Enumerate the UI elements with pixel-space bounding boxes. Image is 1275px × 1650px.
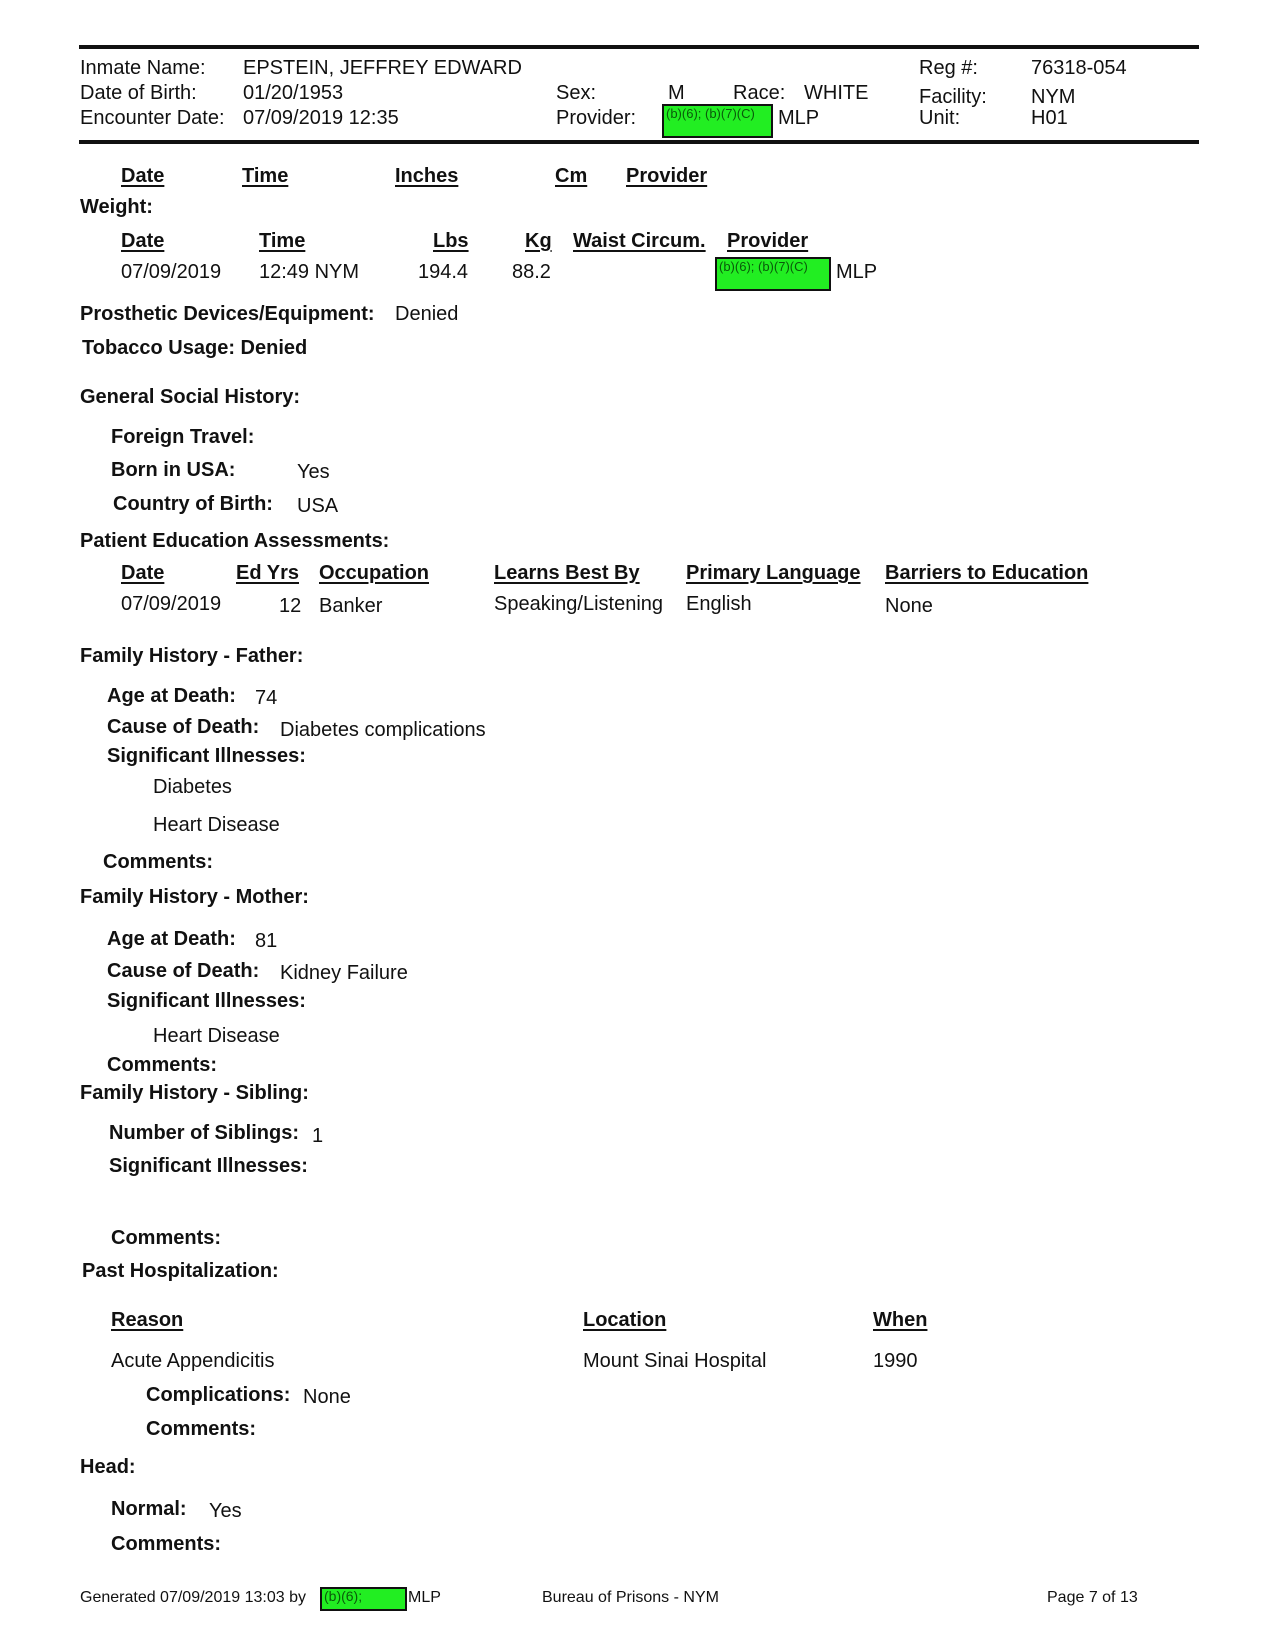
father-comments-label: Comments: <box>103 852 213 872</box>
father-cause-label: Cause of Death: <box>107 717 259 737</box>
mother-age-label: Age at Death: <box>107 929 236 949</box>
dob-label: Date of Birth: <box>80 83 197 103</box>
edu-language: English <box>686 594 752 614</box>
provider-redaction: (b)(6); (b)(7)(C) <box>662 104 773 138</box>
facility-value: NYM <box>1031 87 1075 107</box>
hosp-when: 1990 <box>873 1351 918 1371</box>
sibling-title: Family History - Sibling: <box>80 1083 309 1103</box>
edu-edyrs: 12 <box>279 596 301 616</box>
hosp-col-reason: Reason <box>111 1310 183 1330</box>
father-title: Family History - Father: <box>80 646 303 666</box>
reg-label: Reg #: <box>919 58 978 78</box>
weight-col-kg: Kg <box>525 231 552 251</box>
mother-illness: Heart Disease <box>153 1026 280 1046</box>
hosp-reason: Acute Appendicitis <box>111 1351 274 1371</box>
facility-label: Facility: <box>919 87 987 107</box>
footer-redaction: (b)(6); <box>320 1587 407 1611</box>
edu-barriers: None <box>885 596 933 616</box>
edu-occupation: Banker <box>319 596 382 616</box>
page-number: Page 7 of 13 <box>1047 1590 1138 1606</box>
encounter-date: 07/09/2019 12:35 <box>243 108 399 128</box>
provider-suffix: MLP <box>778 108 819 128</box>
mother-comments-label: Comments: <box>107 1055 217 1075</box>
hospitalization-title: Past Hospitalization: <box>82 1261 279 1281</box>
encounter-date-label: Encounter Date: <box>80 108 225 128</box>
weight-col-waist: Waist Circum. <box>573 231 706 251</box>
edu-col-edyrs: Ed Yrs <box>236 563 299 583</box>
tobacco-usage: Tobacco Usage: Denied <box>82 338 307 358</box>
weight-col-lbs: Lbs <box>433 231 469 251</box>
father-age: 74 <box>255 688 277 708</box>
inmate-name: EPSTEIN, JEFFREY EDWARD <box>243 58 522 78</box>
weight-date: 07/09/2019 <box>121 262 221 282</box>
head-comments-label: Comments: <box>111 1534 221 1554</box>
edu-col-date: Date <box>121 563 164 583</box>
height-col-date: Date <box>121 166 164 186</box>
edu-col-occupation: Occupation <box>319 563 429 583</box>
weight-col-date: Date <box>121 231 164 251</box>
unit-label: Unit: <box>919 108 960 128</box>
sibling-count: 1 <box>312 1126 323 1146</box>
father-illness: Heart Disease <box>153 815 280 835</box>
sex-value: M <box>668 83 685 103</box>
sibling-comments-label: Comments: <box>111 1228 221 1248</box>
footer-center: Bureau of Prisons - NYM <box>542 1590 719 1606</box>
height-col-provider: Provider <box>626 166 707 186</box>
head-title: Head: <box>80 1457 136 1477</box>
weight-time: 12:49 NYM <box>259 262 359 282</box>
weight-title: Weight: <box>80 197 153 217</box>
sex-label: Sex: <box>556 83 596 103</box>
father-illness: Diabetes <box>153 777 232 797</box>
weight-provider-redaction: (b)(6); (b)(7)(C) <box>715 257 831 291</box>
sibling-illnesses-label: Significant Illnesses: <box>109 1156 308 1176</box>
edu-date: 07/09/2019 <box>121 594 221 614</box>
father-cause: Diabetes complications <box>280 720 486 740</box>
header-bottom-rule <box>79 140 1199 144</box>
weight-col-provider: Provider <box>727 231 808 251</box>
weight-provider-suffix: MLP <box>836 262 877 282</box>
head-normal-label: Normal: <box>111 1499 187 1519</box>
mother-age: 81 <box>255 931 277 951</box>
race-label: Race: <box>733 83 785 103</box>
country-of-birth-value: USA <box>297 496 338 516</box>
inmate-name-label: Inmate Name: <box>80 58 206 78</box>
born-usa-label: Born in USA: <box>111 460 235 480</box>
height-col-inches: Inches <box>395 166 458 186</box>
hosp-complications: None <box>303 1387 351 1407</box>
father-illnesses-label: Significant Illnesses: <box>107 746 306 766</box>
height-col-time: Time <box>242 166 288 186</box>
mother-cause-label: Cause of Death: <box>107 961 259 981</box>
country-of-birth-label: Country of Birth: <box>113 494 273 514</box>
dob-value: 01/20/1953 <box>243 83 343 103</box>
hosp-col-when: When <box>873 1310 927 1330</box>
weight-lbs: 194.4 <box>418 262 468 282</box>
unit-value: H01 <box>1031 108 1068 128</box>
prosthetic-value: Denied <box>395 304 458 324</box>
provider-label: Provider: <box>556 108 636 128</box>
prosthetic-label: Prosthetic Devices/Equipment: <box>80 304 375 324</box>
footer-generated: Generated 07/09/2019 13:03 by <box>80 1590 306 1606</box>
education-title: Patient Education Assessments: <box>80 531 389 551</box>
father-age-label: Age at Death: <box>107 686 236 706</box>
race-value: WHITE <box>804 83 868 103</box>
hosp-col-location: Location <box>583 1310 666 1330</box>
weight-kg: 88.2 <box>512 262 551 282</box>
sibling-count-label: Number of Siblings: <box>109 1123 299 1143</box>
mother-cause: Kidney Failure <box>280 963 408 983</box>
weight-col-time: Time <box>259 231 305 251</box>
foreign-travel-label: Foreign Travel: <box>111 427 254 447</box>
height-col-cm: Cm <box>555 166 587 186</box>
footer-generated-suffix: MLP <box>408 1590 441 1606</box>
hosp-location: Mount Sinai Hospital <box>583 1351 766 1371</box>
head-normal-value: Yes <box>209 1501 242 1521</box>
header-top-rule <box>79 45 1199 49</box>
social-history-title: General Social History: <box>80 387 300 407</box>
edu-learns: Speaking/Listening <box>494 594 663 614</box>
edu-col-learns: Learns Best By <box>494 563 640 583</box>
born-usa-value: Yes <box>297 462 330 482</box>
edu-col-language: Primary Language <box>686 563 861 583</box>
hosp-comments-label: Comments: <box>146 1419 256 1439</box>
mother-illnesses-label: Significant Illnesses: <box>107 991 306 1011</box>
mother-title: Family History - Mother: <box>80 887 309 907</box>
hosp-complications-label: Complications: <box>146 1385 290 1405</box>
reg-value: 76318-054 <box>1031 58 1127 78</box>
edu-col-barriers: Barriers to Education <box>885 563 1088 583</box>
